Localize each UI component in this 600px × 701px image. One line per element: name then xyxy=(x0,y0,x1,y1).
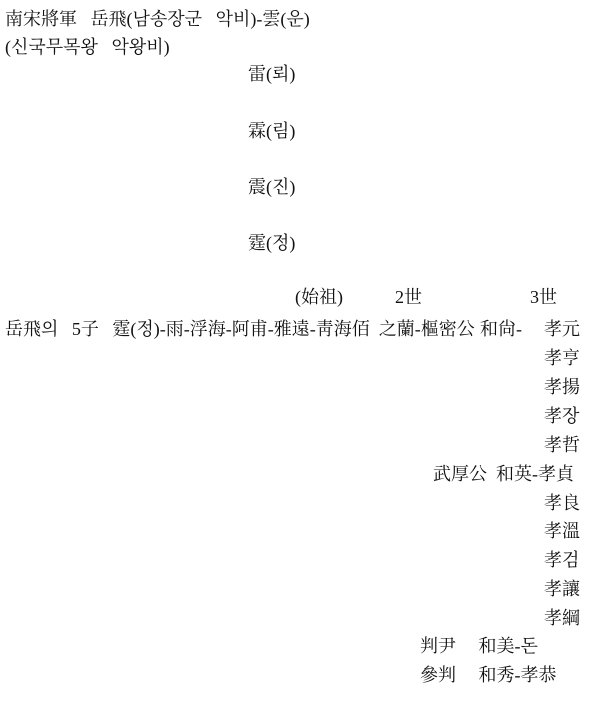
misspelled-text-run: 2世 xyxy=(395,287,422,307)
text-run xyxy=(202,9,216,29)
line-muhugong-hwayeong: 武厚公 和英-孝貞 xyxy=(433,460,574,488)
text-run: (始祖) xyxy=(295,287,343,307)
line-hyoon: 孝溫 xyxy=(544,517,580,545)
text-run xyxy=(98,37,112,57)
line-yuefei-subtitle: (신국무목왕 악왕비) xyxy=(5,33,170,61)
line-hyocheol: 孝哲 xyxy=(544,431,580,459)
text-run: - xyxy=(515,665,521,685)
misspelled-text-run: 孝讓 xyxy=(544,579,580,599)
misspelled-text-run: 돈 xyxy=(521,636,538,656)
text-run: 震(진) xyxy=(248,177,295,197)
line-hyohyeong: 孝亨 xyxy=(544,344,580,372)
text-run: 岳飛( xyxy=(77,9,133,29)
line-hyogeom: 孝검 xyxy=(544,546,579,574)
misspelled-text-run: 孝亨 xyxy=(544,348,580,368)
line-lineage-main: 岳飛의 5子 霆(정)-雨-浮海-阿甫-雅遠-靑海佰 之蘭-樞密公 xyxy=(5,315,475,343)
text-run: 霆(정) xyxy=(248,233,295,253)
misspelled-text-run: 악비 xyxy=(216,9,251,29)
label-founder: (始祖) xyxy=(295,283,343,311)
label-generation-2: 2世 xyxy=(395,283,422,311)
line-champan-hwasu: 參判 和秀-孝恭 xyxy=(420,661,557,689)
text-run: ) xyxy=(289,64,295,84)
misspelled-text-run: 孝揚 xyxy=(544,377,580,397)
line-hyoyang: 孝揚 xyxy=(544,373,580,401)
misspelled-text-run: 3世 xyxy=(530,287,557,307)
misspelled-text-run: 남송장군 xyxy=(133,9,203,29)
text-run: 霆(정)-雨- xyxy=(99,319,190,339)
document-page: 南宋將軍 岳飛(남송장군 악비)-雲(운)(신국무목왕 악왕비)雷(뢰)霖(림)… xyxy=(0,0,600,701)
misspelled-text-run: 之蘭-樞密公 xyxy=(379,319,475,339)
misspelled-text-run: 南宋將軍 xyxy=(5,9,77,29)
misspelled-text-run: 孝溫 xyxy=(544,521,580,541)
misspelled-text-run: 孝哲 xyxy=(544,435,580,455)
misspelled-text-run: 孝元 xyxy=(544,319,580,339)
line-hwasang: 和尙- xyxy=(480,315,522,343)
text-run: 和英- xyxy=(487,464,538,484)
text-run: )-雲(운) xyxy=(250,9,309,29)
misspelled-text-run: 孝綱 xyxy=(544,608,580,628)
misspelled-text-run: 신국무목왕 xyxy=(11,37,98,57)
text-run: 霖(림) xyxy=(248,121,295,141)
text-run: 岳飛의 xyxy=(5,319,72,339)
label-generation-3: 3世 xyxy=(530,283,557,311)
misspelled-text-run: 뢰 xyxy=(272,64,289,84)
text-run xyxy=(370,319,379,339)
misspelled-text-run: 孝貞 xyxy=(538,464,574,484)
misspelled-text-run: 악왕비) xyxy=(111,37,169,57)
misspelled-text-run: 參判 和秀 xyxy=(420,665,515,685)
line-hyoryang: 孝良 xyxy=(544,489,580,517)
misspelled-text-run: 孝검 xyxy=(544,550,579,570)
line-son-roe: 雷(뢰) xyxy=(248,60,295,88)
misspelled-text-run: 武厚公 xyxy=(433,464,487,484)
line-hyowon: 孝元 xyxy=(544,315,580,343)
misspelled-text-run: 判尹 和美 xyxy=(420,636,515,656)
misspelled-text-run: 浮海-阿甫-雅遠-靑海佰 xyxy=(190,319,370,339)
text-run: - xyxy=(515,636,521,656)
text-run: 雷( xyxy=(248,64,272,84)
line-hyoyang2: 孝讓 xyxy=(544,575,580,603)
misspelled-text-run: 和尙- xyxy=(480,319,522,339)
misspelled-text-run: 孝장 xyxy=(544,406,579,426)
line-hyogang: 孝綱 xyxy=(544,604,580,632)
line-yuefei-header: 南宋將軍 岳飛(남송장군 악비)-雲(운) xyxy=(5,5,310,33)
line-son-jin: 震(진) xyxy=(248,173,295,201)
misspelled-text-run: 孝良 xyxy=(544,493,580,513)
line-son-rim: 霖(림) xyxy=(248,117,295,145)
misspelled-text-run: 孝恭 xyxy=(521,665,557,685)
line-panyun-hwami: 判尹 和美-돈 xyxy=(420,632,538,660)
line-son-jeong: 霆(정) xyxy=(248,229,295,257)
misspelled-text-run: 5子 xyxy=(72,319,99,339)
line-hyojang: 孝장 xyxy=(544,402,579,430)
